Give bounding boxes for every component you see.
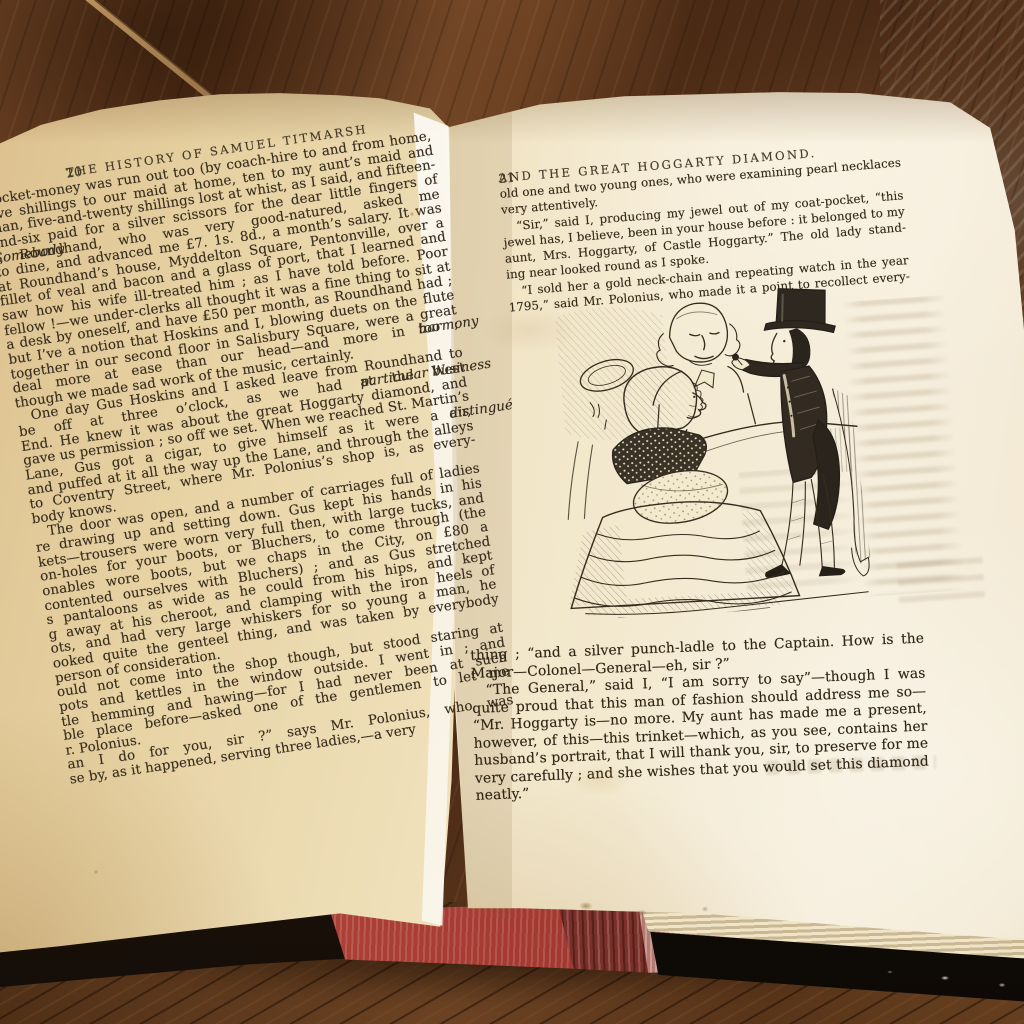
- photo-vignette: [0, 0, 1024, 1024]
- photo-of-open-book: 20 THE HISTORY OF SAMUEL TITMARSH pocket…: [0, 0, 1024, 1024]
